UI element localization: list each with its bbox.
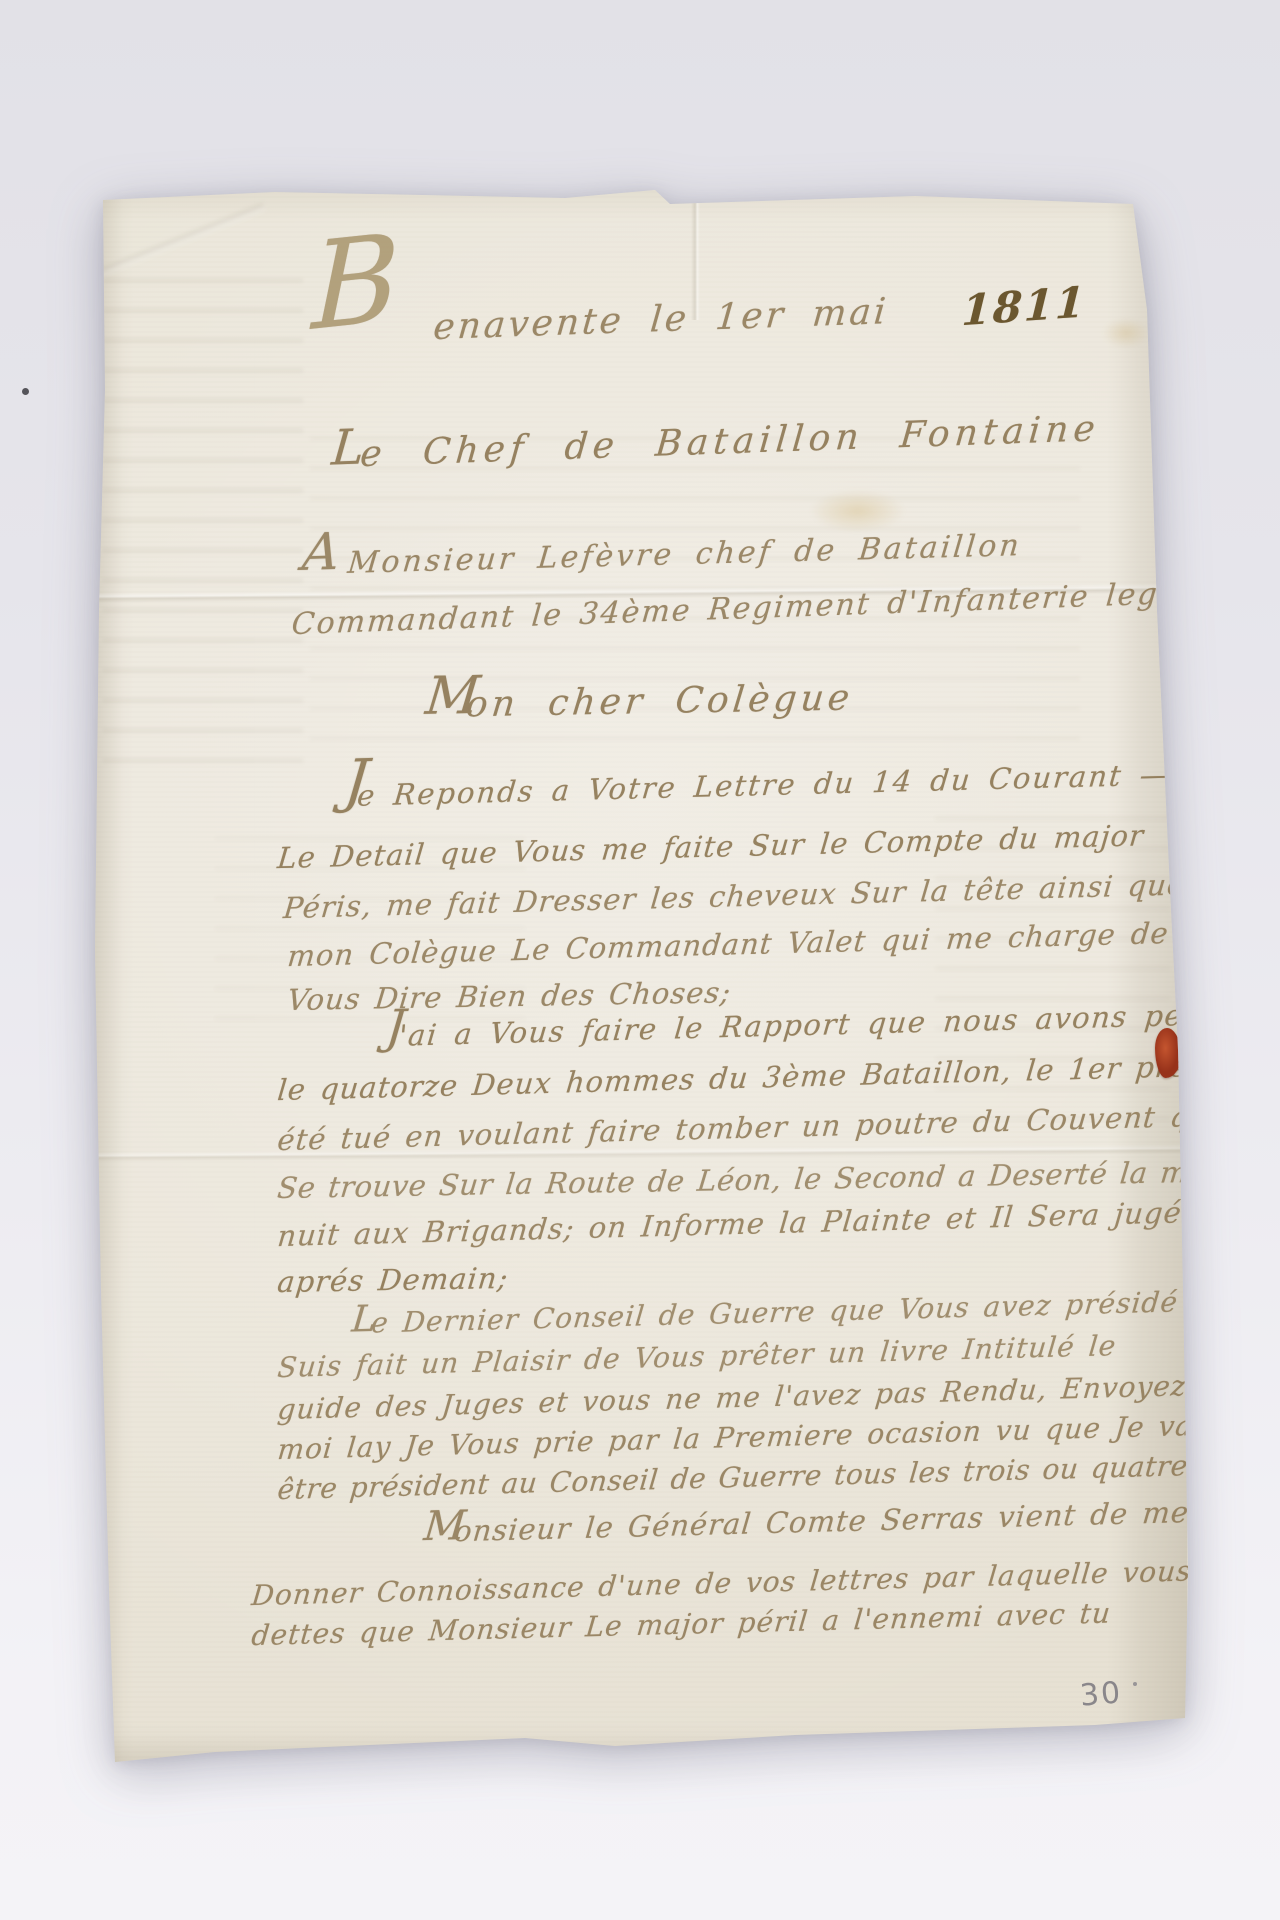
- handwriting-line: Commandant le 34ème Regiment d'Infanteri…: [290, 578, 1215, 640]
- swash-capital: M: [422, 1505, 469, 1547]
- letter-paper-wrapper: Benavente le 1er mai1811Le Chef de Batai…: [95, 190, 1195, 1768]
- handwriting-line: mon Colègue Le Commandant Valet qui me c…: [286, 919, 1170, 971]
- swash-capital: L: [350, 1301, 379, 1338]
- handwriting-line: B: [311, 219, 401, 349]
- handwriting-line: Le Chef de Bataillon Fontaine: [330, 411, 1101, 474]
- handwriting-line: Vous Dire Bien des Choses;: [286, 978, 733, 1015]
- handwriting-line: Se trouve Sur la Route de Léon, le Secon…: [276, 1157, 1253, 1203]
- handwriting-line: le quatorze Deux hommes du 3ème Bataillo…: [276, 1049, 1280, 1105]
- handwriting-line: A Monsieur Lefèvre chef de Bataillon: [300, 531, 1023, 580]
- handwriting-line: Je Reponds a Votre Lettre du 14 du Coura…: [342, 760, 1203, 812]
- handwriting-line: 1811: [961, 281, 1088, 332]
- handwriting-line: enavente le 1er mai: [432, 294, 890, 346]
- pencil-annotation-tick: [1133, 1682, 1137, 1686]
- handwriting-layer: Benavente le 1er mai1811Le Chef de Batai…: [95, 190, 1195, 1768]
- background-speck: [22, 388, 29, 395]
- letter-paper: Benavente le 1er mai1811Le Chef de Batai…: [95, 190, 1195, 1768]
- handwriting-line: nuit aux Brigands; on Informe la Plainte…: [276, 1198, 1183, 1251]
- handwriting-line: aprés Demain;: [276, 1264, 510, 1297]
- handwriting-line: été tué en voulant faire tomber un poutr…: [276, 1101, 1221, 1155]
- handwriting-line: Le Detail que Vous me faite Sur le Compt…: [276, 821, 1145, 873]
- swash-capital: J: [384, 1004, 409, 1051]
- handwriting-line: Péris, me fait Dresser les cheveux Sur l…: [282, 870, 1186, 923]
- wax-seal-remnant: [1155, 1028, 1181, 1078]
- swash-capital: M: [423, 671, 488, 724]
- pencil-annotation: 30: [1079, 1678, 1124, 1712]
- handwriting-line: Monsieur le Général Comte Serras vient d…: [422, 1498, 1190, 1547]
- swash-capital: A: [300, 528, 347, 580]
- swash-capital: L: [330, 424, 373, 474]
- swash-capital: J: [342, 752, 375, 811]
- handwriting-line: Mon cher Colègue: [423, 681, 855, 725]
- photo-scene: Benavente le 1er mai1811Le Chef de Batai…: [0, 0, 1280, 1920]
